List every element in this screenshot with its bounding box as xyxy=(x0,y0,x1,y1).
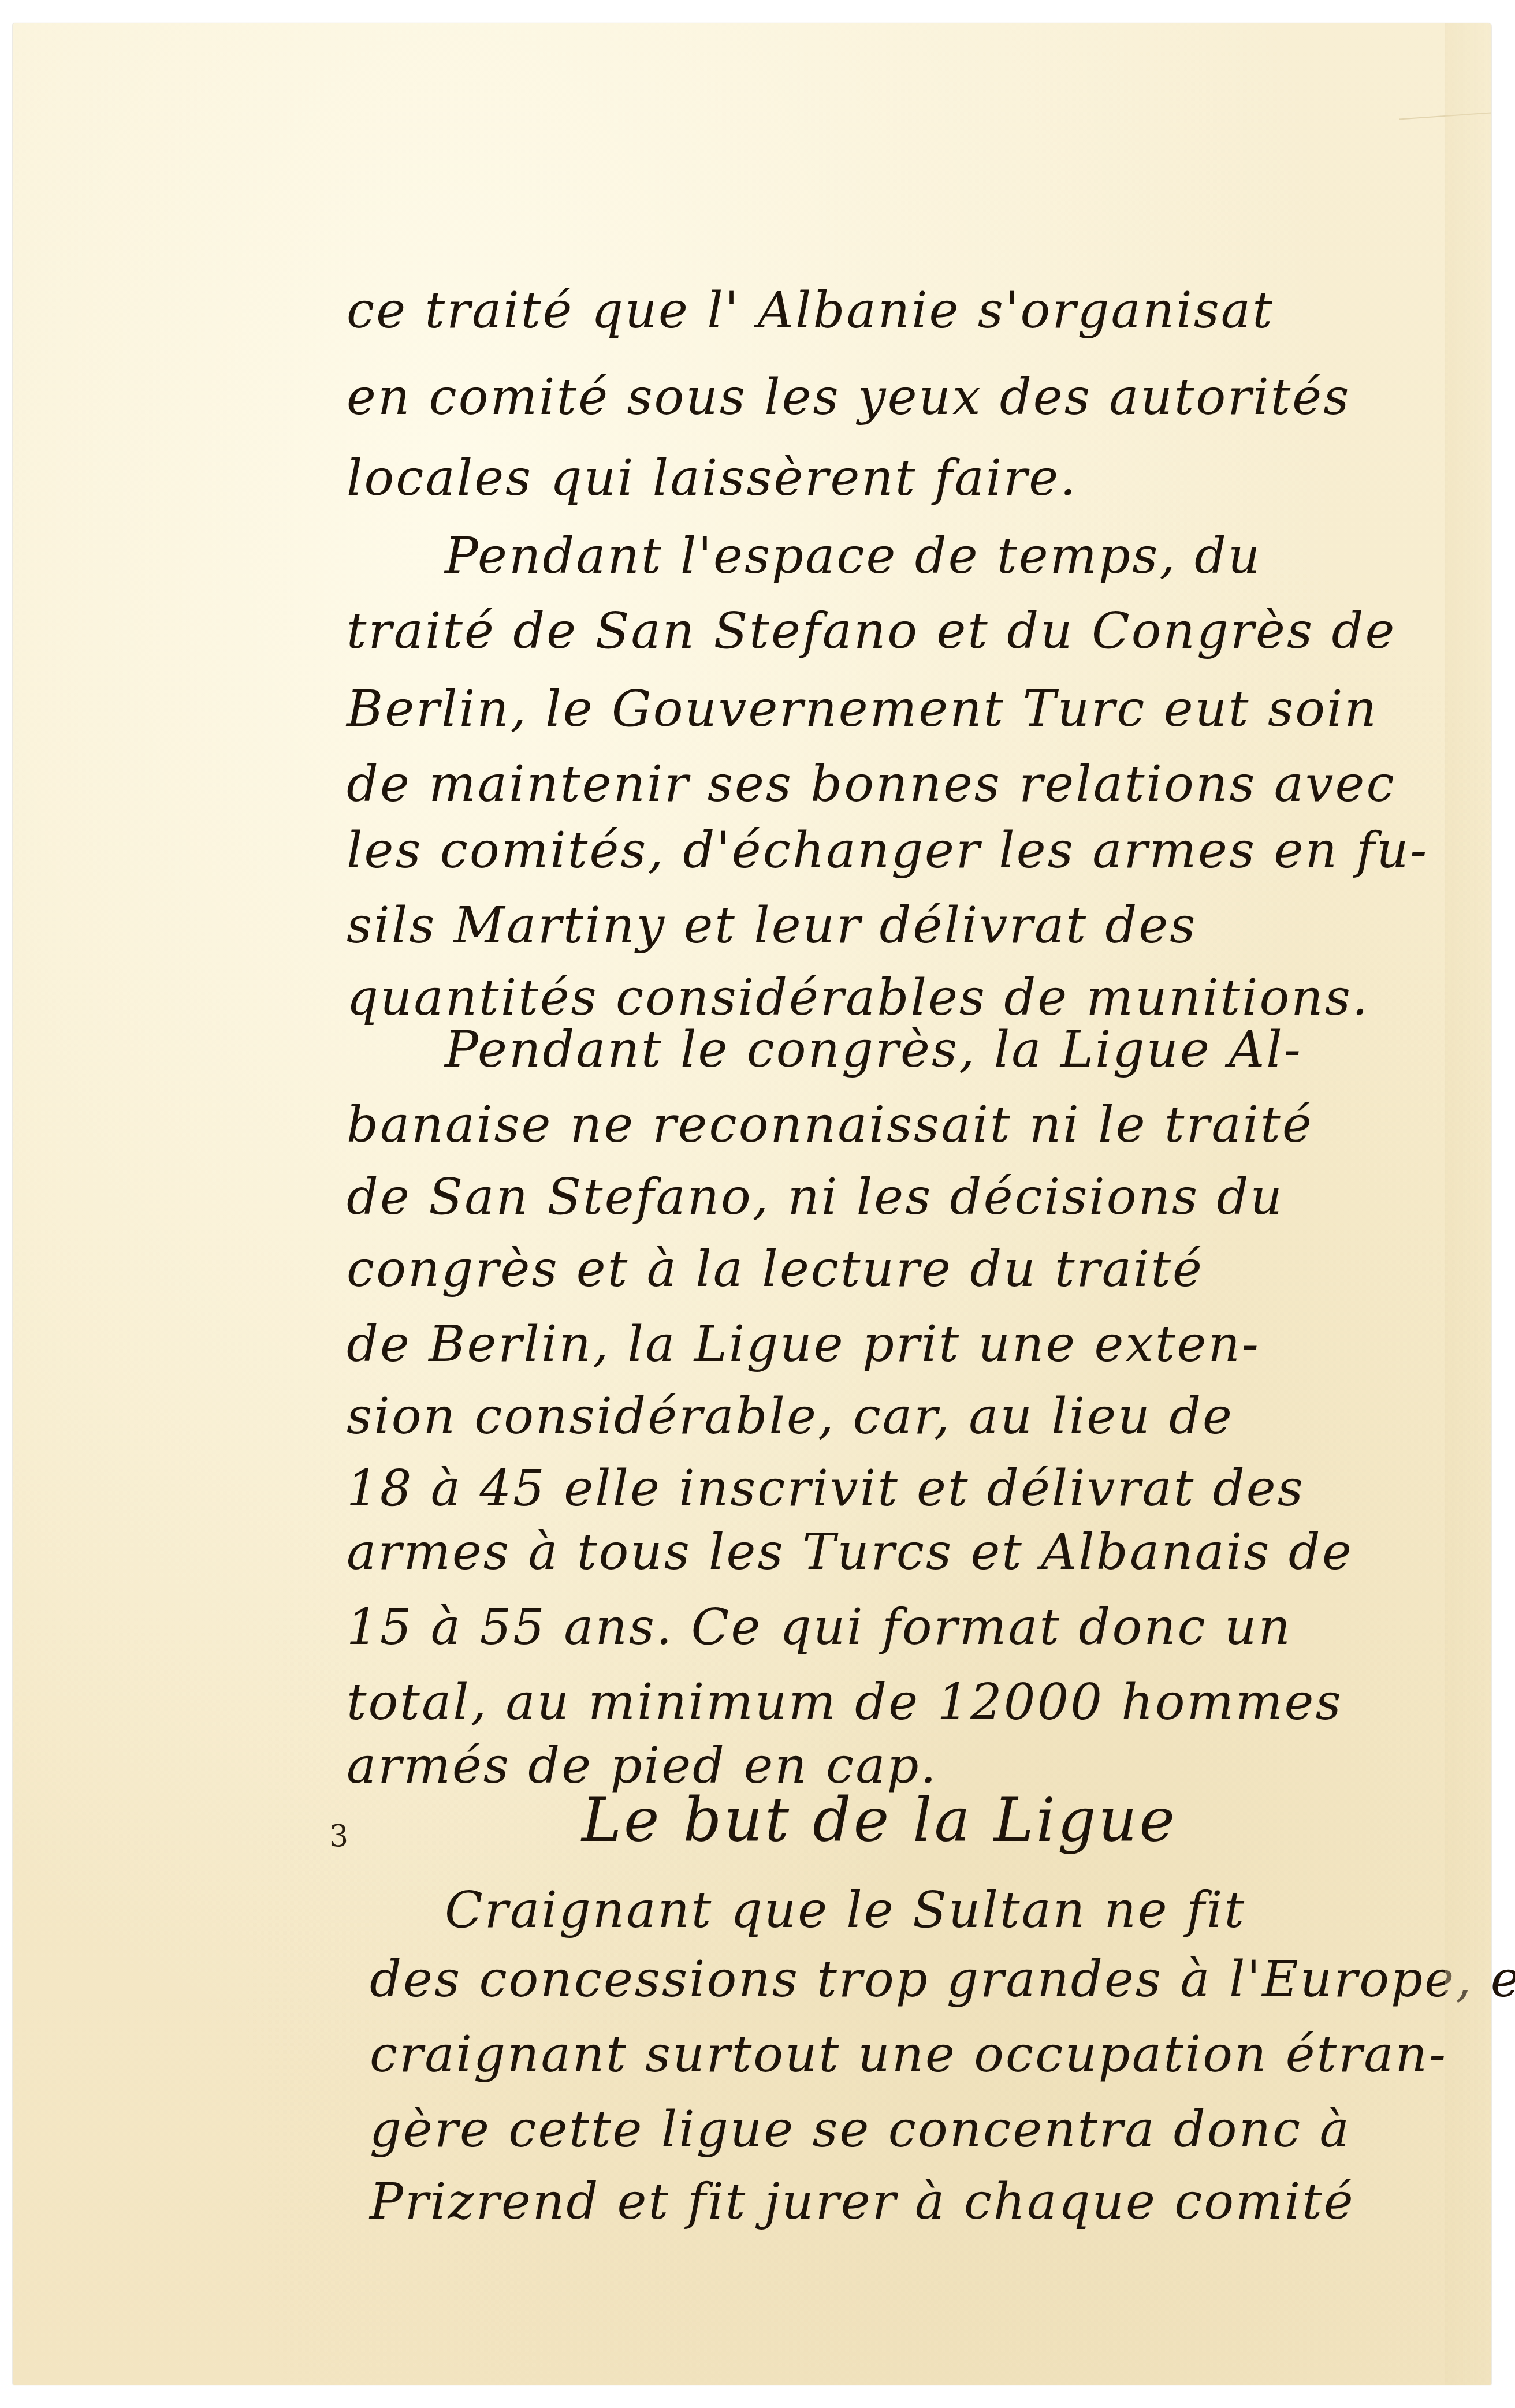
text-line: les comités, d'échanger les armes en fu- xyxy=(347,826,1428,875)
text-line: Berlin, le Gouvernement Turc eut soin xyxy=(347,684,1378,734)
text-line: congrès et à la lecture du traité xyxy=(347,1244,1204,1294)
text-line: ce traité que l' Albanie s'organisat xyxy=(347,286,1274,336)
text-line: gère cette ligue se concentra donc à xyxy=(370,2105,1351,2154)
text-line: de Berlin, la Ligue prit une exten- xyxy=(347,1319,1260,1369)
text-line: quantités considérables de munitions. xyxy=(347,973,1369,1023)
text-line: locales qui laissèrent faire. xyxy=(347,453,1078,503)
handwritten-text: ce traité que l' Albanie s'organisat en … xyxy=(13,23,1491,2385)
text-line: armes à tous les Turcs et Albanais de xyxy=(347,1527,1353,1577)
text-line: total, au minimum de 12000 hommes xyxy=(347,1678,1343,1727)
section-number: 3 xyxy=(329,1819,348,1854)
text-line: armés de pied en cap. xyxy=(347,1741,938,1791)
paragraph-start-line: Pendant l'espace de temps, du xyxy=(445,531,1261,581)
text-line: 15 à 55 ans. Ce qui format donc un xyxy=(347,1602,1292,1652)
text-line: traité de San Stefano et du Congrès de xyxy=(347,606,1396,656)
manuscript-page: ce traité que l' Albanie s'organisat en … xyxy=(13,23,1491,2385)
text-line: en comité sous les yeux des autorités xyxy=(347,372,1350,422)
text-line: sils Martiny et leur délivrat des xyxy=(347,901,1197,950)
paragraph-start-line: Craignant que le Sultan ne fit xyxy=(445,1885,1246,1935)
section-heading: Le but de la Ligue xyxy=(582,1790,1177,1850)
text-line: sion considérable, car, au lieu de xyxy=(347,1392,1234,1441)
text-line: de maintenir ses bonnes relations avec xyxy=(347,759,1396,809)
paragraph-start-line: Pendant le congrès, la Ligue Al- xyxy=(445,1025,1302,1075)
text-line: Prizrend et fit jurer à chaque comité xyxy=(370,2177,1355,2227)
text-line: 18 à 45 elle inscrivit et délivrat des xyxy=(347,1464,1305,1514)
text-line: craignant surtout une occupation étran- xyxy=(370,2030,1447,2079)
text-line: de San Stefano, ni les décisions du xyxy=(347,1172,1284,1222)
text-line: banaise ne reconnaissait ni le traité xyxy=(347,1100,1313,1150)
text-line: des concessions trop grandes à l'Europe,… xyxy=(370,1955,1515,2004)
